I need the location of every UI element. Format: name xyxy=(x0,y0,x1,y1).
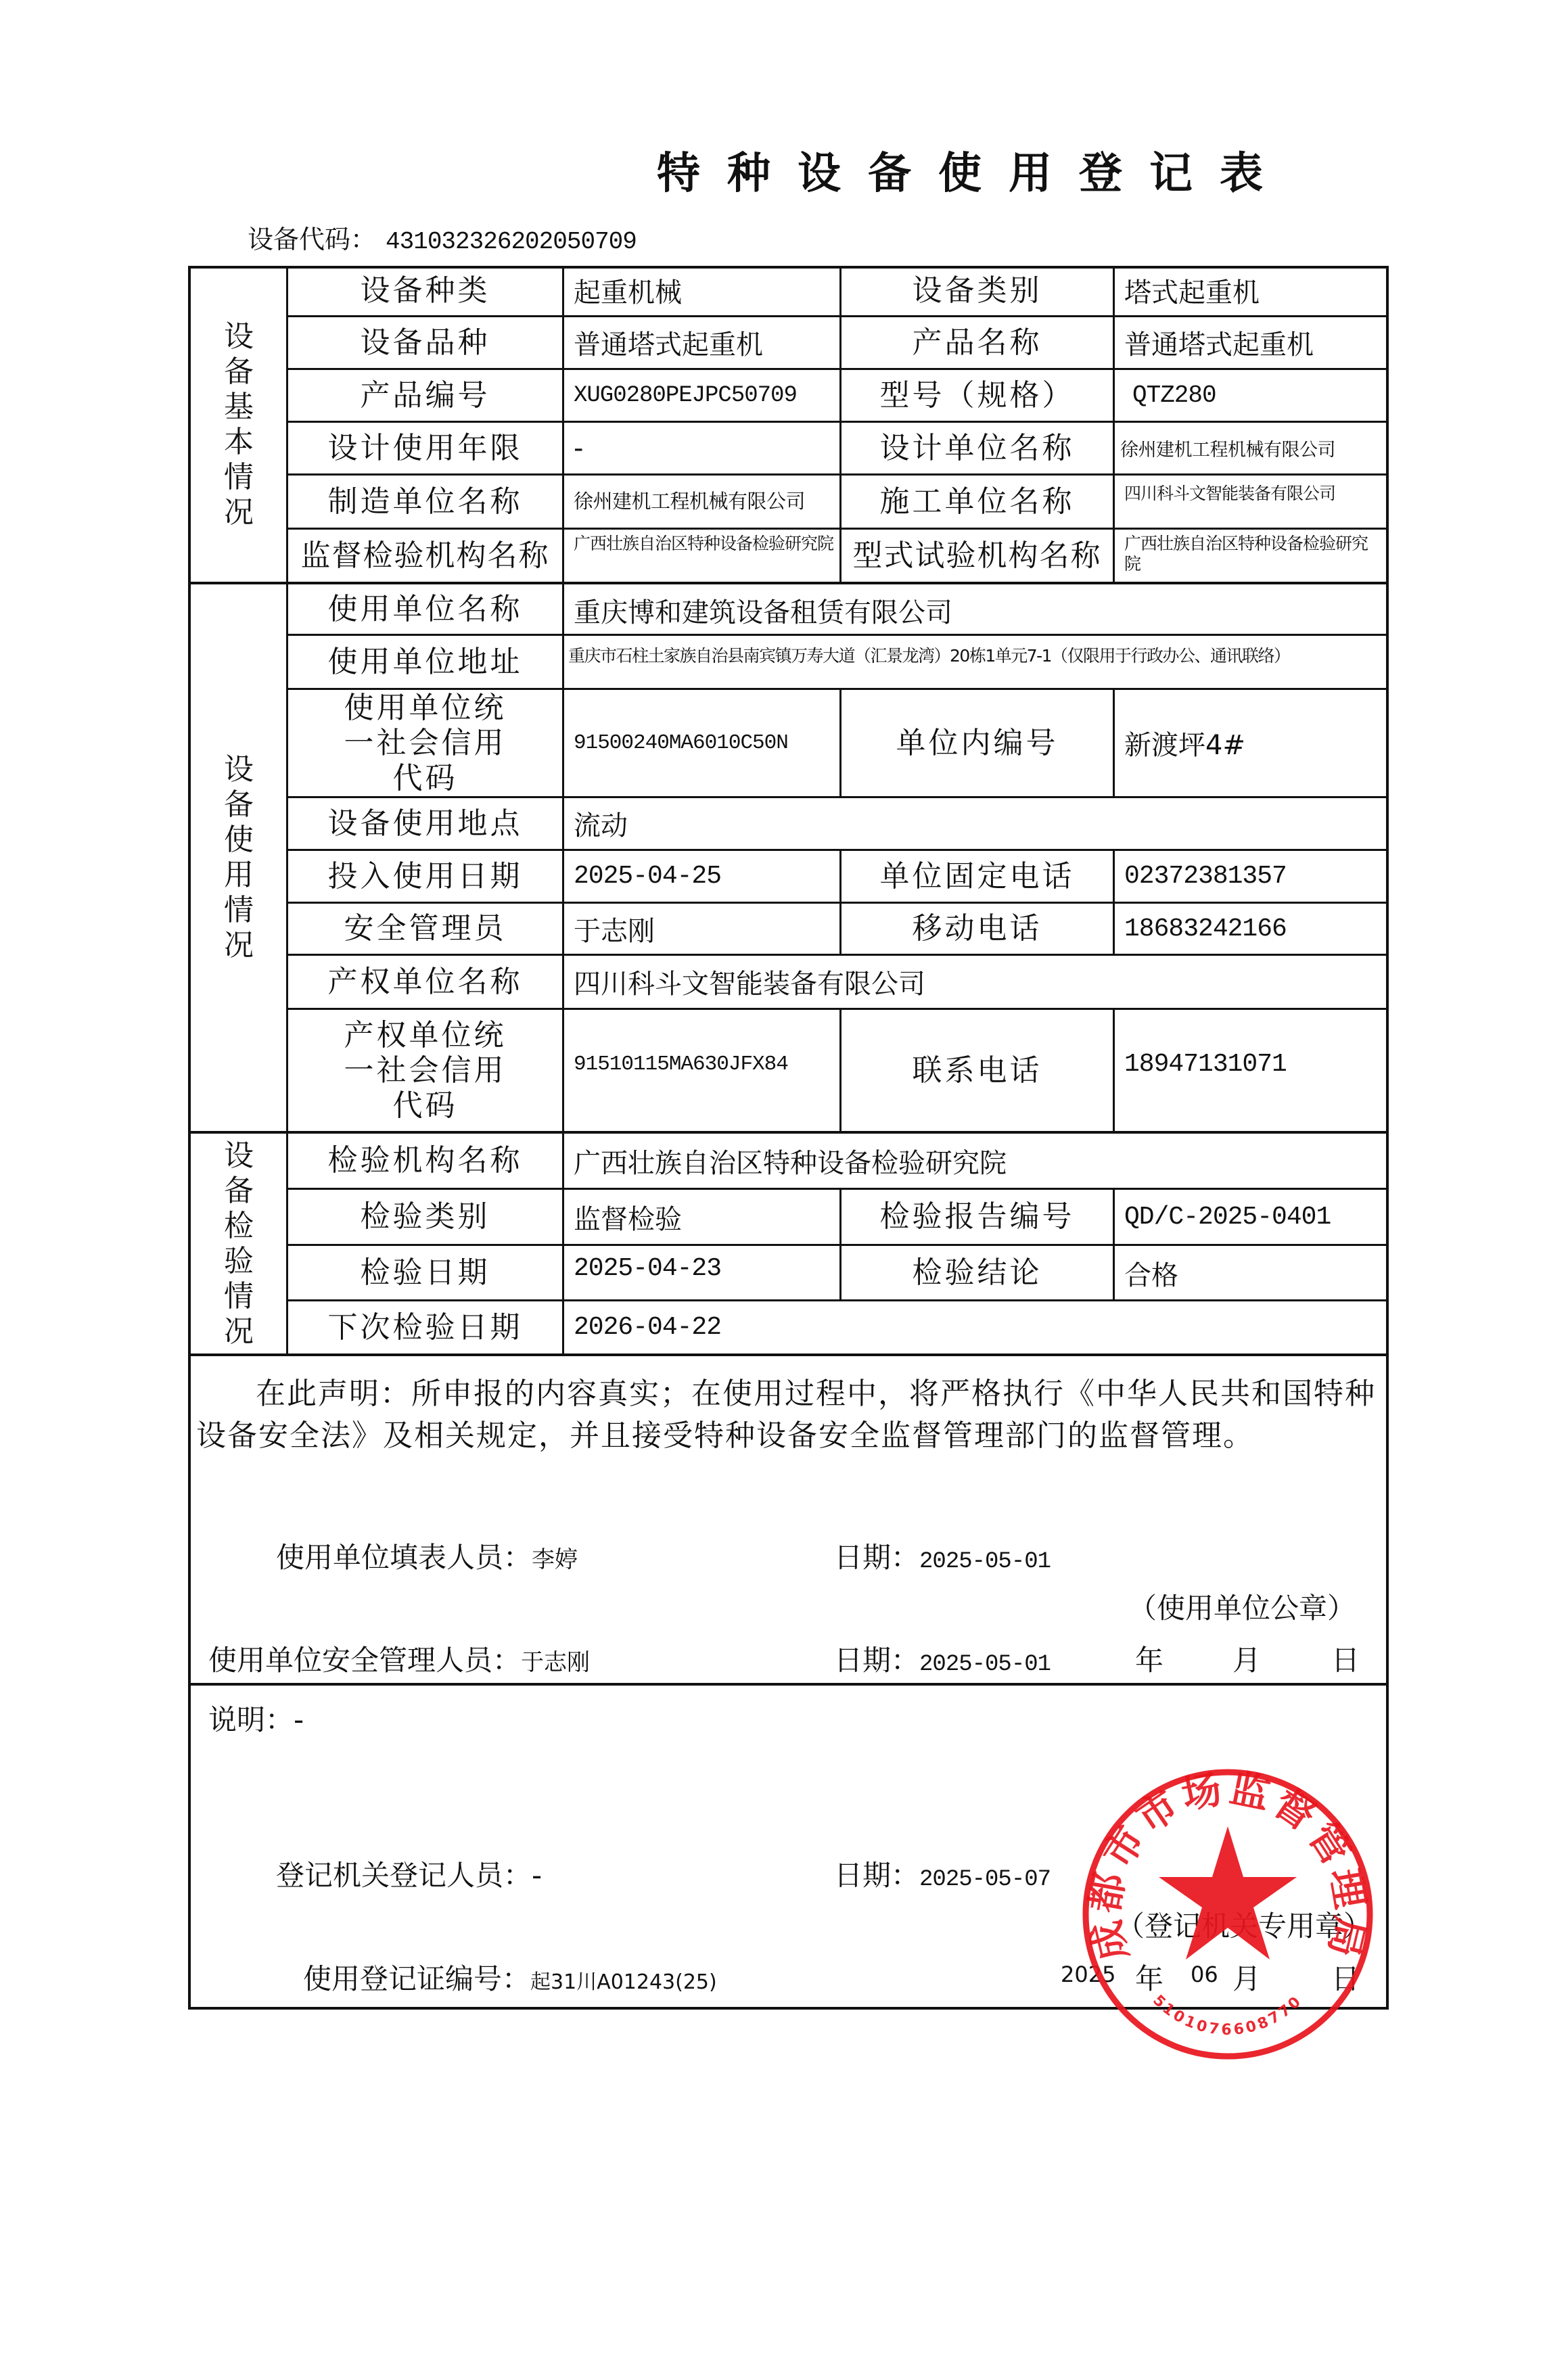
safety-signature: 使用单位安全管理人员：于志刚 xyxy=(208,1638,590,1679)
filler-label: 使用单位填表人员： xyxy=(276,1541,532,1574)
notes-value: - xyxy=(294,1703,304,1736)
label-owner-credit-code: 产权单位统一社会信用代码 xyxy=(288,1010,562,1131)
filler-signature: 使用单位填表人员：李婷 xyxy=(276,1535,578,1576)
value-design-life: - xyxy=(564,423,839,473)
registrar-name: - xyxy=(532,1859,542,1892)
value-equipment-type: 起重机械 xyxy=(564,266,839,315)
value-location: 流动 xyxy=(564,798,1387,849)
label-fixed-phone: 单位固定电话 xyxy=(841,851,1113,902)
value-equipment-category: 塔式起重机 xyxy=(1115,266,1387,315)
user-unit-seal-note: （使用单位公章） xyxy=(1128,1586,1356,1627)
registration-date-value: 2025-05-07 xyxy=(919,1867,1051,1893)
registration-date: 日期：2025-05-07 xyxy=(834,1853,1051,1894)
section-inspection-info-label: 设备检验情况 xyxy=(215,1134,262,1353)
label-design-life: 设计使用年限 xyxy=(288,423,562,473)
label-construction-unit: 施工单位名称 xyxy=(841,476,1113,528)
section-basic-info-label: 设备基本情况 xyxy=(215,266,262,583)
seal-day-label: 日 xyxy=(1331,1638,1360,1679)
certificate-number-label: 使用登记证编号： xyxy=(303,1962,530,1995)
value-equipment-variety: 普通塔式起重机 xyxy=(564,317,839,368)
notes: 说明：- xyxy=(208,1698,304,1738)
value-supervision-agency: 广西壮族自治区特种设备检验研究院 xyxy=(564,530,839,582)
certificate-number-value: 起31川A01243(25) xyxy=(530,1970,717,1994)
value-inspection-agency: 广西壮族自治区特种设备检验研究院 xyxy=(564,1134,1387,1188)
label-user-credit-code: 使用单位统一社会信用代码 xyxy=(288,690,562,796)
label-design-unit: 设计单位名称 xyxy=(841,423,1113,473)
notes-label: 说明： xyxy=(208,1703,294,1736)
safety-date: 日期：2025-05-01 xyxy=(834,1638,1051,1679)
label-contact-phone: 联系电话 xyxy=(841,1010,1113,1131)
value-safety-manager: 于志刚 xyxy=(564,904,839,954)
certificate-number: 使用登记证编号：起31川A01243(25) xyxy=(303,1957,717,1997)
value-product-name: 普通塔式起重机 xyxy=(1115,317,1387,368)
label-equipment-category: 设备类别 xyxy=(841,266,1113,315)
label-location: 设备使用地点 xyxy=(288,798,562,849)
official-seal-stamp: 成都市市场监督管理局 5101076608770 xyxy=(1076,1762,1380,2066)
label-model: 型号（规格） xyxy=(841,370,1113,421)
label-equipment-variety: 设备品种 xyxy=(288,317,562,368)
value-manufacturer: 徐州建机工程机械有限公司 xyxy=(564,476,839,528)
value-internal-number: 新渡坪4# xyxy=(1115,690,1387,796)
label-product-number: 产品编号 xyxy=(288,370,562,421)
divider xyxy=(188,1353,1389,1356)
value-type-test-agency: 广西壮族自治区特种设备检验研究院 xyxy=(1115,530,1387,582)
registration-date-label: 日期： xyxy=(834,1859,919,1892)
filler-date-label: 日期： xyxy=(834,1541,919,1574)
seal-year-label: 年 xyxy=(1135,1638,1163,1679)
label-type-test-agency: 型式试验机构名称 xyxy=(841,530,1113,582)
value-inspection-conclusion: 合格 xyxy=(1115,1246,1387,1299)
seal-month-label: 月 xyxy=(1232,1638,1261,1679)
svg-text:5101076608770: 5101076608770 xyxy=(1149,1992,1306,2039)
label-product-name: 产品名称 xyxy=(841,317,1113,368)
label-supervision-agency: 监督检验机构名称 xyxy=(288,530,562,582)
label-manufacturer: 制造单位名称 xyxy=(288,476,562,528)
section-usage-info-label: 设备使用情况 xyxy=(215,584,262,1131)
label-inspection-conclusion: 检验结论 xyxy=(841,1246,1113,1299)
safety-date-label: 日期： xyxy=(834,1644,919,1677)
label-mobile: 移动电话 xyxy=(841,904,1113,954)
value-user-credit-code: 91500240MA6010C50N xyxy=(564,690,839,796)
registrar-signature: 登记机关登记人员：- xyxy=(276,1853,542,1894)
registrar-label: 登记机关登记人员： xyxy=(276,1859,532,1892)
equipment-code-label: 设备代码： xyxy=(248,225,376,254)
value-model: QTZ280 xyxy=(1115,370,1387,421)
label-inspection-type: 检验类别 xyxy=(288,1190,562,1244)
equipment-code-value: 431032326202050709 xyxy=(376,220,637,256)
filler-name: 李婷 xyxy=(532,1546,578,1573)
divider xyxy=(188,1683,1389,1686)
value-next-inspection-date: 2026-04-22 xyxy=(564,1301,1387,1353)
label-user-unit-name: 使用单位名称 xyxy=(288,584,562,634)
value-product-number: XUG0280PEJPC50709 xyxy=(564,370,839,421)
value-construction-unit: 四川科斗文智能装备有限公司 xyxy=(1115,476,1387,528)
value-mobile: 18683242166 xyxy=(1115,904,1387,954)
label-owner-name: 产权单位名称 xyxy=(288,956,562,1008)
declaration-text: 在此声明：所申报的内容真实；在使用过程中，将严格执行《中华人民共和国特种设备安全… xyxy=(196,1373,1383,1457)
label-inspection-agency: 检验机构名称 xyxy=(288,1134,562,1188)
value-contact-phone: 18947131071 xyxy=(1115,1010,1387,1118)
star-icon xyxy=(1159,1826,1297,1960)
value-owner-credit-code: 91510115MA630JFX84 xyxy=(564,1010,839,1118)
value-inspection-type: 监督检验 xyxy=(564,1190,839,1244)
safety-name: 于志刚 xyxy=(521,1649,590,1676)
label-safety-manager: 安全管理员 xyxy=(288,904,562,954)
safety-date-value: 2025-05-01 xyxy=(919,1652,1051,1677)
value-start-date: 2025-04-25 xyxy=(564,851,839,902)
label-equipment-type: 设备种类 xyxy=(288,266,562,315)
label-inspection-date: 检验日期 xyxy=(288,1246,562,1299)
label-start-date: 投入使用日期 xyxy=(288,851,562,902)
filler-date-value: 2025-05-01 xyxy=(919,1549,1051,1575)
value-fixed-phone: 02372381357 xyxy=(1115,851,1387,902)
value-report-number: QD/C-2025-0401 xyxy=(1115,1190,1387,1244)
label-next-inspection-date: 下次检验日期 xyxy=(288,1301,562,1353)
value-user-unit-address: 重庆市石柱土家族自治县南宾镇万寿大道（汇景龙湾）20栋1单元7-1（仅限用于行政… xyxy=(564,636,1387,688)
value-user-unit-name: 重庆博和建筑设备租赁有限公司 xyxy=(564,584,1387,634)
label-internal-number: 单位内编号 xyxy=(841,690,1113,796)
label-user-unit-address: 使用单位地址 xyxy=(288,636,562,688)
equipment-code-line: 设备代码：431032326202050709 xyxy=(248,218,637,256)
filler-date: 日期：2025-05-01 xyxy=(834,1535,1051,1576)
safety-label: 使用单位安全管理人员： xyxy=(208,1644,521,1677)
value-inspection-date: 2025-04-23 xyxy=(564,1246,839,1299)
value-owner-name: 四川科斗文智能装备有限公司 xyxy=(564,956,1387,1008)
label-report-number: 检验报告编号 xyxy=(841,1190,1113,1244)
value-design-unit: 徐州建机工程机械有限公司 xyxy=(1115,423,1387,473)
page-title: 特种设备使用登记表 xyxy=(0,139,1568,201)
